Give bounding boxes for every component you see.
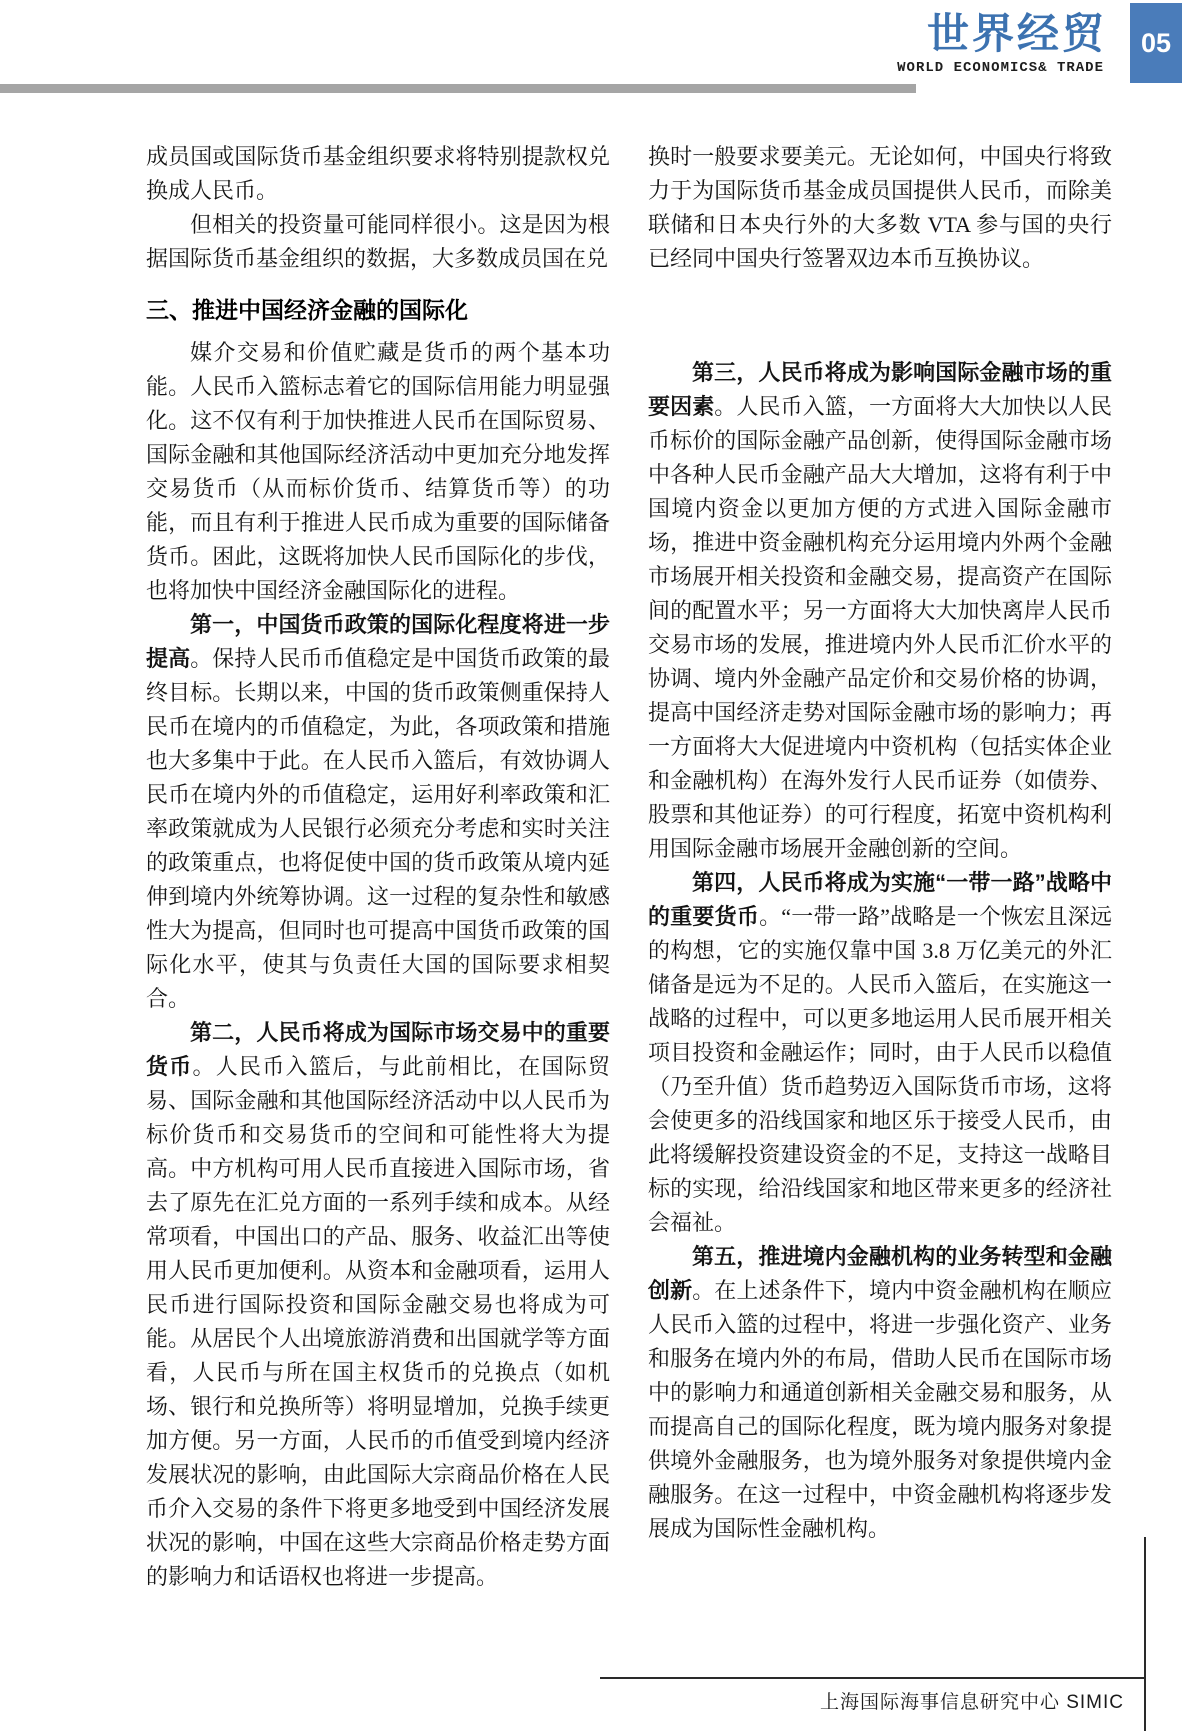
- paragraph: 第三，人民币将成为影响国际金融市场的重要因素。人民币入篮，一方面将大大加快以人民…: [648, 356, 1112, 866]
- masthead: 世界经贸 WORLD ECONOMICS& TRADE: [897, 10, 1104, 76]
- magazine-page: 世界经贸 WORLD ECONOMICS& TRADE 05 成员国或国际货币基…: [0, 0, 1200, 1731]
- footer-publisher: 上海国际海事信息研究中心 SIMIC: [820, 1687, 1124, 1714]
- footer-rule: [600, 1677, 1146, 1679]
- paragraph: 媒介交易和价值贮藏是货币的两个基本功能。人民币入篮标志着它的国际信用能力明显强化…: [146, 336, 610, 608]
- section-title-en: WORLD ECONOMICS& TRADE: [897, 60, 1104, 76]
- header-rule: [0, 84, 916, 93]
- right-column: 换时一般要求要美元。无论如何，中国央行将致力于为国际货币基金成员国提供人民币，而…: [648, 140, 1112, 1546]
- paragraph: 第四，人民币将成为实施“一带一路”战略中的重要货币。“一带一路”战略是一个恢宏且…: [648, 866, 1112, 1240]
- paragraph: 但相关的投资量可能同样很小。这是因为根据国际货币基金组织的数据，大多数成员国在兑: [146, 208, 610, 276]
- footer-vertical-rule: [1144, 1537, 1146, 1731]
- paragraph: 成员国或国际货币基金组织要求将特别提款权兑换成人民币。: [146, 140, 610, 208]
- section-heading: 三、推进中国经济金融的国际化: [146, 294, 610, 326]
- page-number: 05: [1141, 28, 1171, 59]
- section-title-cn: 世界经贸: [897, 10, 1107, 58]
- left-column: 成员国或国际货币基金组织要求将特别提款权兑换成人民币。 但相关的投资量可能同样很…: [146, 140, 610, 1594]
- paragraph: 第五，推进境内金融机构的业务转型和金融创新。在上述条件下，境内中资金融机构在顺应…: [648, 1240, 1112, 1546]
- paragraph: 第一，中国货币政策的国际化程度将进一步提高。保持人民币币值稳定是中国货币政策的最…: [146, 608, 610, 1016]
- column-gap: [648, 276, 1112, 356]
- paragraph: 第二，人民币将成为国际市场交易中的重要货币。人民币入篮后，与此前相比，在国际贸易…: [146, 1016, 610, 1594]
- paragraph: 换时一般要求要美元。无论如何，中国央行将致力于为国际货币基金成员国提供人民币，而…: [648, 140, 1112, 276]
- page-number-badge: 05: [1130, 3, 1182, 83]
